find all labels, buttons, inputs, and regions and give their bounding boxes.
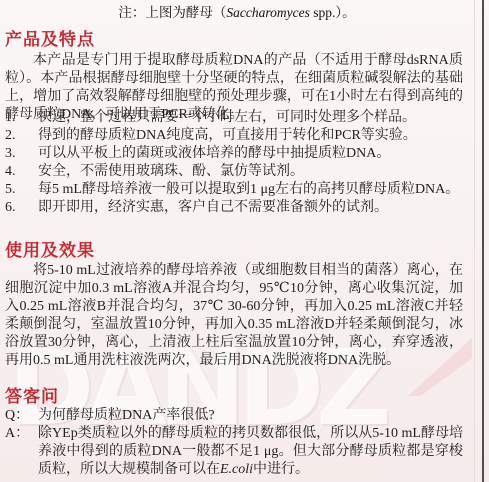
feature-list: 1. 快速，整个过程只需要一个小时左右，可同时处理多个样品。 2. 得到的酵母质… — [5, 109, 463, 217]
ecoli-italic: E.coli — [220, 462, 253, 477]
list-item: 2. 得到的酵母质粒DNA纯度高，可直接用于转化和PCR等实验。 — [5, 127, 463, 145]
section-heading-product-features: 产品及特点 — [5, 25, 95, 50]
list-item: 4. 安全，不需使用玻璃珠、酚、氯仿等试剂。 — [5, 163, 463, 181]
item-number: 1. — [5, 109, 38, 127]
question-row: Q： 为何酵母质粒DNA产率很低? — [5, 407, 463, 425]
item-text: 安全，不需使用玻璃珠、酚、氯仿等试剂。 — [38, 163, 463, 181]
item-number: 3. — [5, 145, 38, 163]
figure-caption-suffix: spp.）。 — [310, 5, 356, 20]
product-manual-page: 注：上图为酵母（Saccharomyces spp.）。 产品及特点 本产品是专… — [0, 0, 489, 482]
qa-block: Q： 为何酵母质粒DNA产率很低? A： 除YEp类质粒以外的酵母质粒的拷贝数都… — [5, 407, 463, 479]
item-text: 可以从平板上的菌斑或液体培养的酵母中抽提质粒DNA。 — [38, 145, 463, 163]
species-name-italic: Saccharomyces — [226, 5, 309, 20]
item-number: 4. — [5, 163, 38, 181]
list-item: 5. 每5 mL酵母培养液一般可以提取到1 μg左右的高拷贝酵母质粒DNA。 — [5, 181, 463, 199]
usage-protocol-paragraph: 将5-10 mL过液培养的酵母培养液（或细胞数目相当的菌落）离心，在细胞沉淀中加… — [5, 262, 463, 370]
item-number: 5. — [5, 181, 38, 199]
item-number: 6. — [5, 199, 38, 217]
item-text: 每5 mL酵母培养液一般可以提取到1 μg左右的高拷贝酵母质粒DNA。 — [38, 181, 463, 199]
item-number: 2. — [5, 127, 38, 145]
item-text: 快速，整个过程只需要一个小时左右，可同时处理多个样品。 — [38, 109, 463, 127]
item-text: 得到的酵母质粒DNA纯度高，可直接用于转化和PCR等实验。 — [38, 127, 463, 145]
question-text: 为何酵母质粒DNA产率很低? — [38, 407, 463, 425]
answer-row: A： 除YEp类质粒以外的酵母质粒的拷贝数都很低，所以从5-10 mL酵母培养液… — [5, 425, 463, 479]
question-label: Q： — [5, 407, 38, 425]
answer-text-post: 中进行。 — [253, 462, 309, 477]
figure-caption: 注：上图为酵母（Saccharomyces spp.）。 — [0, 1, 474, 21]
section-heading-usage-effects: 使用及效果 — [5, 236, 95, 261]
right-rule-light — [474, 0, 475, 482]
answer-text: 除YEp类质粒以外的酵母质粒的拷贝数都很低，所以从5-10 mL酵母培养液中得到… — [38, 425, 463, 479]
item-text: 即开即用，经济实惠，客户自己不需要准备额外的试剂。 — [38, 199, 463, 217]
list-item: 3. 可以从平板上的菌斑或液体培养的酵母中抽提质粒DNA。 — [5, 145, 463, 163]
list-item: 6. 即开即用，经济实惠，客户自己不需要准备额外的试剂。 — [5, 199, 463, 217]
figure-caption-prefix: 注：上图为酵母（ — [118, 5, 226, 20]
right-rule-dark — [482, 0, 484, 482]
list-item: 1. 快速，整个过程只需要一个小时左右，可同时处理多个样品。 — [5, 109, 463, 127]
answer-label: A： — [5, 425, 38, 479]
section-heading-customer-qa: 答客问 — [5, 382, 59, 407]
